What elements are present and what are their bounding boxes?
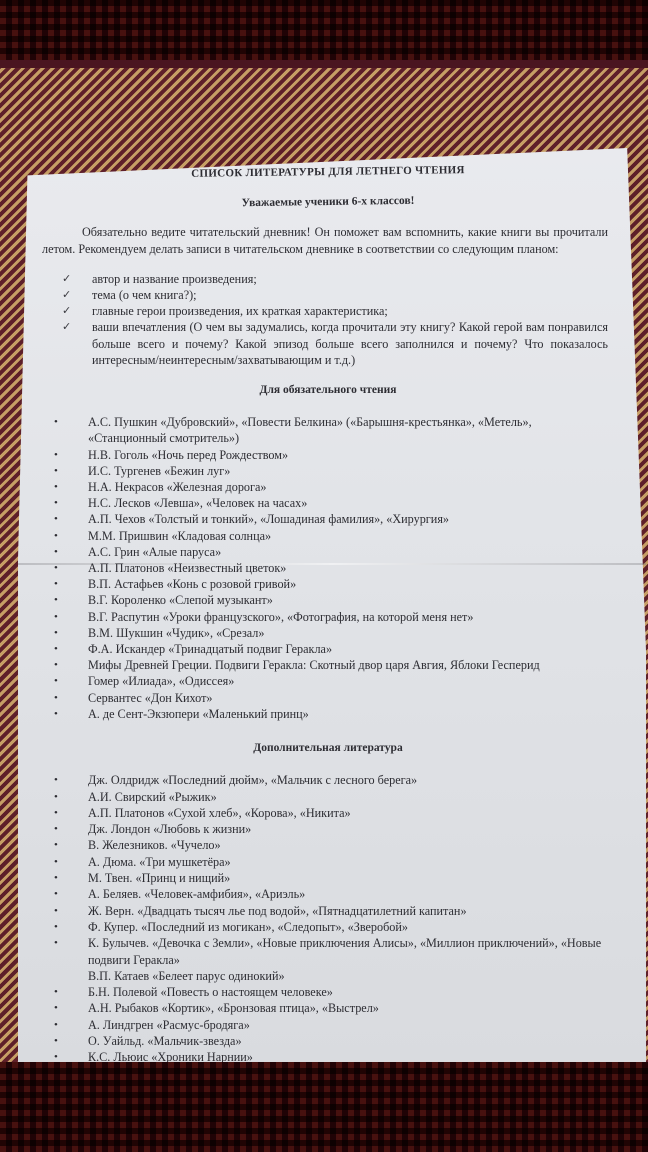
book-entry-text: Ф. Купер. «Последний из могикан», «Следо…	[88, 920, 408, 934]
book-entry-text: А.С. Пушкин «Дубровский», «Повести Белки…	[88, 415, 532, 445]
book-list-item: •Ж. Верн. «Двадцать тысяч лье под водой»…	[54, 903, 608, 919]
book-entry-text: Дж. Олдридж «Последний дюйм», «Мальчик с…	[88, 773, 417, 787]
book-entry-text: О. Уайльд. «Мальчик-звезда»	[88, 1034, 242, 1048]
book-entry-text: Ф.А. Искандер «Тринадцатый подвиг Геракл…	[88, 642, 332, 656]
bullet-icon: •	[54, 854, 58, 870]
checkmark-icon: ✓	[62, 287, 71, 303]
book-list-item: •А.П. Платонов «Неизвестный цветок»	[54, 560, 608, 576]
book-list-item: •А.П. Чехов «Толстый и тонкий», «Лошадин…	[54, 511, 608, 527]
bullet-icon: •	[54, 625, 58, 641]
book-entry-text: И.С. Тургенев «Бежин луг»	[88, 464, 230, 478]
book-list-item: •Ф.А. Искандер «Тринадцатый подвиг Герак…	[54, 641, 608, 657]
book-list-item: •В.Г. Короленко «Слепой музыкант»	[54, 592, 608, 608]
book-entry-text: А.И. Свирский «Рыжик»	[88, 790, 217, 804]
book-list-item: •А. Линдгрен «Расмус-бродяга»	[54, 1017, 608, 1033]
bullet-icon: •	[54, 805, 58, 821]
bullet-icon: •	[54, 414, 58, 430]
additional-reading-heading: Дополнительная литература	[48, 740, 608, 756]
plan-item: ✓главные герои произведения, их краткая …	[62, 303, 608, 319]
bullet-icon: •	[54, 511, 58, 527]
plan-item-text: главные герои произведения, их краткая х…	[92, 304, 388, 318]
book-list-item: •А. Дюма. «Три мушкетёра»	[54, 854, 608, 870]
book-list-item: •А.Н. Рыбаков «Кортик», «Бронзовая птица…	[54, 1000, 608, 1016]
book-list-item: •Дж. Олдридж «Последний дюйм», «Мальчик …	[54, 772, 608, 788]
rug-pattern-bottom	[0, 1062, 648, 1152]
bullet-icon: •	[54, 772, 58, 788]
book-list-item: •М.М. Пришвин «Кладовая солнца»	[54, 528, 608, 544]
plan-item-text: тема (о чем книга?);	[92, 288, 197, 302]
book-entry-text: А. Линдгрен «Расмус-бродяга»	[88, 1018, 250, 1032]
checkmark-icon: ✓	[62, 303, 71, 319]
bullet-icon: •	[54, 1033, 58, 1049]
checkmark-icon: ✓	[62, 271, 71, 287]
book-list-item: •А. де Сент-Экзюпери «Маленький принц»	[54, 706, 608, 722]
book-entry-text: В.М. Шукшин «Чудик», «Срезал»	[88, 626, 264, 640]
document-title: СПИСОК ЛИТЕРАТУРЫ ДЛЯ ЛЕТНЕГО ЧТЕНИЯ	[48, 160, 608, 184]
rug-stripe-top	[0, 60, 648, 68]
bullet-icon: •	[54, 576, 58, 592]
bullet-icon: •	[54, 673, 58, 689]
bullet-icon: •	[54, 528, 58, 544]
bullet-icon: •	[54, 479, 58, 495]
bullet-icon: •	[54, 984, 58, 1000]
book-list-item: •И.С. Тургенев «Бежин луг»	[54, 463, 608, 479]
book-list-item: •Гомер «Илиада», «Одиссея»	[54, 673, 608, 689]
book-entry-text: Н.А. Некрасов «Железная дорога»	[88, 480, 267, 494]
plan-item-text: ваши впечатления (О чем вы задумались, к…	[92, 320, 608, 366]
bullet-icon: •	[54, 1000, 58, 1016]
book-list-item: •А.П. Платонов «Сухой хлеб», «Корова», «…	[54, 805, 608, 821]
plan-item: ✓тема (о чем книга?);	[62, 287, 608, 303]
plan-item: ✓автор и название произведения;	[62, 271, 608, 287]
book-entry-text: А.П. Чехов «Толстый и тонкий», «Лошадина…	[88, 512, 449, 526]
bullet-icon: •	[54, 463, 58, 479]
book-entry-text: М.М. Пришвин «Кладовая солнца»	[88, 529, 271, 543]
book-entry-text: А. Беляев. «Человек-амфибия», «Ариэль»	[88, 887, 305, 901]
bullet-icon: •	[54, 903, 58, 919]
bullet-icon: •	[54, 609, 58, 625]
rug-pattern-top	[0, 0, 648, 60]
book-list-item: •Дж. Лондон «Любовь к жизни»	[54, 821, 608, 837]
bullet-icon: •	[54, 495, 58, 511]
greeting-heading: Уважаемые ученики 6-х классов!	[48, 190, 608, 214]
book-entry-text: А.Н. Рыбаков «Кортик», «Бронзовая птица»…	[88, 1001, 379, 1015]
book-list-item: •Б.Н. Полевой «Повесть о настоящем челов…	[54, 984, 608, 1000]
book-list-item: •О. Уайльд. «Мальчик-звезда»	[54, 1033, 608, 1049]
diary-plan-list: ✓автор и название произведения; ✓тема (о…	[48, 271, 608, 368]
bullet-icon: •	[54, 690, 58, 706]
bullet-icon: •	[54, 592, 58, 608]
book-entry-text: В.П. Астафьев «Конь с розовой гривой»	[88, 577, 296, 591]
additional-reading-list: •Дж. Олдридж «Последний дюйм», «Мальчик …	[48, 772, 608, 1082]
book-entry-text: А. де Сент-Экзюпери «Маленький принц»	[88, 707, 309, 721]
bullet-icon: •	[54, 706, 58, 722]
book-entry-text: А.С. Грин «Алые паруса»	[88, 545, 221, 559]
book-list-item: •В. Железников. «Чучело»	[54, 837, 608, 853]
book-entry-text: В.П. Катаев «Белеет парус одинокий»	[88, 969, 285, 983]
document-content: СПИСОК ЛИТЕРАТУРЫ ДЛЯ ЛЕТНЕГО ЧТЕНИЯ Ува…	[48, 160, 608, 1082]
book-list-item: •М. Твен. «Принц и нищий»	[54, 870, 608, 886]
bullet-icon: •	[54, 870, 58, 886]
book-list-item: •А.С. Грин «Алые паруса»	[54, 544, 608, 560]
book-entry-text: В.Г. Короленко «Слепой музыкант»	[88, 593, 273, 607]
book-list-item: •В.П. Катаев «Белеет парус одинокий»	[54, 968, 608, 984]
book-list-item: •В.П. Астафьев «Конь с розовой гривой»	[54, 576, 608, 592]
bullet-icon: •	[54, 935, 58, 951]
book-entry-text: К. Булычев. «Девочка с Земли», «Новые пр…	[88, 936, 601, 966]
required-reading-heading: Для обязательного чтения	[48, 382, 608, 398]
bullet-icon: •	[54, 657, 58, 673]
checkmark-icon: ✓	[62, 319, 71, 335]
bullet-icon: •	[54, 447, 58, 463]
book-entry-text: Сервантес «Дон Кихот»	[88, 691, 213, 705]
book-list-item: •Н.С. Лесков «Левша», «Человек на часах»	[54, 495, 608, 511]
plan-item-text: автор и название произведения;	[92, 272, 257, 286]
bullet-icon: •	[54, 919, 58, 935]
book-list-item: •Сервантес «Дон Кихот»	[54, 690, 608, 706]
bullet-icon: •	[54, 886, 58, 902]
bullet-icon: •	[54, 1017, 58, 1033]
bullet-icon: •	[54, 837, 58, 853]
bullet-icon: •	[54, 641, 58, 657]
plan-item: ✓ваши впечатления (О чем вы задумались, …	[62, 319, 608, 368]
book-entry-text: Дж. Лондон «Любовь к жизни»	[88, 822, 251, 836]
book-entry-text: М. Твен. «Принц и нищий»	[88, 871, 230, 885]
book-entry-text: В.Г. Распутин «Уроки французского», «Фот…	[88, 610, 473, 624]
book-entry-text: Н.С. Лесков «Левша», «Человек на часах»	[88, 496, 307, 510]
bullet-icon: •	[54, 560, 58, 576]
required-reading-list: •А.С. Пушкин «Дубровский», «Повести Белк…	[48, 414, 608, 722]
book-entry-text: Гомер «Илиада», «Одиссея»	[88, 674, 234, 688]
book-entry-text: А.П. Платонов «Сухой хлеб», «Корова», «Н…	[88, 806, 351, 820]
bullet-icon: •	[54, 544, 58, 560]
book-entry-text: Мифы Древней Греции. Подвиги Геракла: Ск…	[88, 658, 540, 672]
book-list-item: •А. Беляев. «Человек-амфибия», «Ариэль»	[54, 886, 608, 902]
book-list-item: •В.Г. Распутин «Уроки французского», «Фо…	[54, 609, 608, 625]
intro-paragraph: Обязательно ведите читательский дневник!…	[42, 224, 608, 256]
book-entry-text: Б.Н. Полевой «Повесть о настоящем челове…	[88, 985, 333, 999]
book-list-item: •Ф. Купер. «Последний из могикан», «След…	[54, 919, 608, 935]
book-entry-text: Н.В. Гоголь «Ночь перед Рождеством»	[88, 448, 288, 462]
book-list-item: •А.С. Пушкин «Дубровский», «Повести Белк…	[54, 414, 608, 446]
book-entry-text: В. Железников. «Чучело»	[88, 838, 221, 852]
bullet-icon: •	[54, 789, 58, 805]
book-entry-text: Ж. Верн. «Двадцать тысяч лье под водой»,…	[88, 904, 467, 918]
book-list-item: •Мифы Древней Греции. Подвиги Геракла: С…	[54, 657, 608, 673]
book-entry-text: А.П. Платонов «Неизвестный цветок»	[88, 561, 286, 575]
book-list-item: •А.И. Свирский «Рыжик»	[54, 789, 608, 805]
bullet-icon: •	[54, 821, 58, 837]
book-list-item: •Н.А. Некрасов «Железная дорога»	[54, 479, 608, 495]
book-list-item: •Н.В. Гоголь «Ночь перед Рождеством»	[54, 447, 608, 463]
book-entry-text: А. Дюма. «Три мушкетёра»	[88, 855, 231, 869]
book-list-item: •В.М. Шукшин «Чудик», «Срезал»	[54, 625, 608, 641]
book-list-item: •К. Булычев. «Девочка с Земли», «Новые п…	[54, 935, 608, 968]
